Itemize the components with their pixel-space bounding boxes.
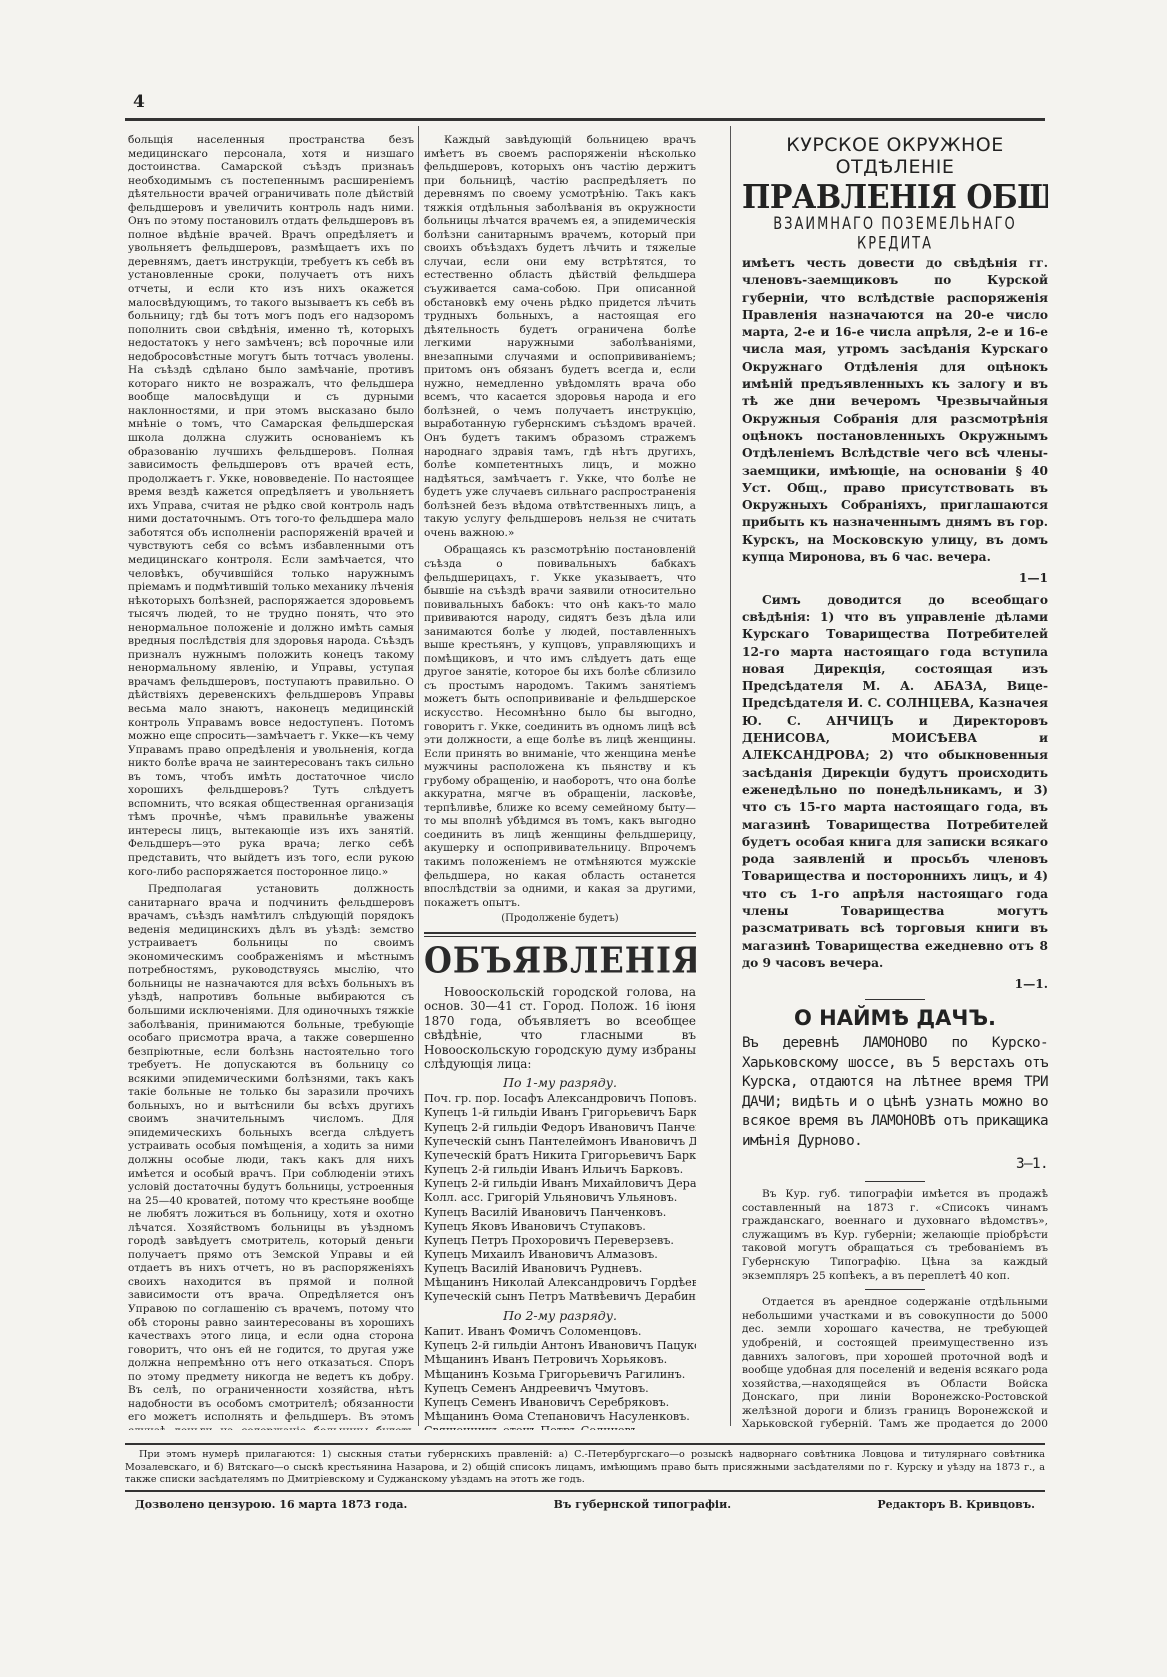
roster-entry: Капит. Иванъ Фомичъ Соломенцовъ. — [424, 1325, 696, 1339]
roster-entry: Мѣщанинъ Козьма Григорьевичъ Рагилинъ. — [424, 1368, 696, 1382]
rank-2-list: Капит. Иванъ Фомичъ Соломенцовъ.Купецъ 2… — [424, 1325, 696, 1430]
article-paragraph: Предполагая установить должность санитар… — [128, 883, 414, 1430]
article-column-2: Каждый завѣдующій больницею врачъ имѣетъ… — [424, 134, 696, 1430]
roster-entry: Купецъ 2-й гильдіи Федоръ Ивановичъ Панч… — [424, 1121, 696, 1135]
rank-2-heading: По 2-му разряду. — [424, 1309, 696, 1323]
advertisements-column: КУРСКОЕ ОКРУЖНОЕ ОТДѢЛЕНІЕ ПРАВЛЕНІЯ ОБЩ… — [742, 134, 1048, 1430]
page-footer: При этомъ нумерѣ прилагаются: 1) сыскныя… — [125, 1443, 1045, 1511]
roster-entry: Купецъ 1-й гильдіи Иванъ Григорьевичъ Ба… — [424, 1106, 696, 1120]
imprint-line: Дозволено цензурою. 16 марта 1873 года. … — [125, 1492, 1045, 1511]
novy-oskol-announcement: Новооскольскій городской голова, на осно… — [424, 985, 696, 1072]
consumers-notice-sign: 1—1. — [742, 976, 1048, 993]
censorship-approval: Дозволено цензурою. 16 марта 1873 года. — [135, 1498, 407, 1511]
announcements-heading: ОБЪЯВЛЕНІЯ. — [424, 938, 696, 981]
article-column-1: больщія населенныя пространства безъ мед… — [128, 134, 414, 1430]
roster-entry: Купецъ Василій Ивановичъ Панченковъ. — [424, 1206, 696, 1220]
rank-1-heading: По 1-му разряду. — [424, 1076, 696, 1090]
kursk-heading-line-2: ПРАВЛЕНІЯ ОБЩЕСТВА — [742, 178, 1048, 217]
section-rule — [865, 1181, 925, 1182]
article-paragraph: Обращаясь къ разсмотрѣнію постановленій … — [424, 544, 696, 910]
supplements-note: При этомъ нумерѣ прилагаются: 1) сыскныя… — [125, 1445, 1045, 1490]
roster-entry: Купецъ Василій Ивановичъ Рудневъ. — [424, 1262, 696, 1276]
roster-entry: Купецъ Семенъ Андреевичъ Чмутовъ. — [424, 1382, 696, 1396]
consumers-society-notice: Симъ доводится до всеобщаго свѣдѣнія: 1)… — [742, 592, 1048, 973]
land-lease-notice: Отдается въ арендное содержаніе отдѣльны… — [742, 1296, 1048, 1430]
section-rule — [865, 1289, 925, 1290]
roster-entry: Купецъ Семенъ Ивановичъ Серебряковъ. — [424, 1396, 696, 1410]
dacha-notice-sign: 3—1. — [742, 1155, 1048, 1175]
section-rule — [865, 999, 925, 1000]
kursk-heading-line-1: КУРСКОЕ ОКРУЖНОЕ ОТДѢЛЕНІЕ — [742, 134, 1048, 178]
kursk-heading-line-3: ВЗАИМНАГО ПОЗЕМЕЛЬНАГО КРЕДИТА — [742, 215, 1048, 254]
article-paragraph: Каждый завѣдующій больницею врачъ имѣетъ… — [424, 134, 696, 540]
roster-entry: Мѣщанинъ Николай Александровичъ Гордѣевъ… — [424, 1276, 696, 1290]
roster-entry: Купецъ Михаилъ Ивановичъ Алмазовъ. — [424, 1248, 696, 1262]
header-rule — [125, 118, 1045, 121]
roster-entry: Купеческій сынъ Петръ Матвѣевичъ Дерабин… — [424, 1290, 696, 1304]
kursk-credit-notice: имѣетъ честь довести до свѣдѣнія гг. чле… — [742, 255, 1048, 566]
editor: Редакторъ В. Кривцовъ. — [877, 1498, 1035, 1511]
printer: Въ губернской типографіи. — [554, 1498, 731, 1511]
roster-entry: Купеческій сынъ Пантелеймонъ Ивановичъ Д… — [424, 1135, 696, 1149]
roster-entry: Священникъ отецъ Петръ Солнцевъ. — [424, 1424, 696, 1430]
column-divider — [730, 126, 731, 1426]
column-divider — [418, 126, 419, 1426]
roster-entry: Купецъ 2-й гильдіи Иванъ Ильичъ Барковъ. — [424, 1163, 696, 1177]
page-number: 4 — [133, 92, 145, 112]
roster-entry: Купецъ 2-й гильдіи Антонъ Ивановичъ Пацу… — [424, 1339, 696, 1353]
roster-entry: Купецъ 2-й гильдіи Иванъ Михайловичъ Дер… — [424, 1177, 696, 1191]
section-rule — [424, 932, 696, 937]
roster-entry: Купецъ Яковъ Ивановичъ Ступаковъ. — [424, 1220, 696, 1234]
dacha-heading: О НАЙМѢ ДАЧЪ. — [742, 1006, 1048, 1030]
typography-notice: Въ Кур. губ. типографіи имѣется въ прода… — [742, 1188, 1048, 1283]
roster-entry: Купецъ Петръ Прохоровичъ Переверзевъ. — [424, 1234, 696, 1248]
article-paragraph: больщія населенныя пространства безъ мед… — [128, 134, 414, 879]
roster-entry: Мѣщанинъ Ѳома Степановичъ Насуленковъ. — [424, 1410, 696, 1424]
kursk-notice-sign: 1—1 — [742, 570, 1048, 587]
roster-entry: Колл. асс. Григорій Ульяновичъ Ульяновъ. — [424, 1191, 696, 1205]
roster-entry: Поч. гр. пор. Іосафъ Александровичъ Попо… — [424, 1092, 696, 1106]
dacha-notice: Въ деревнѣ ЛАМОНОВО по Курско-Харьковско… — [742, 1034, 1048, 1151]
continued-note: (Продолженіе будетъ) — [424, 912, 696, 926]
roster-entry: Купеческій братъ Никита Григорьевичъ Бар… — [424, 1149, 696, 1163]
rank-1-list: Поч. гр. пор. Іосафъ Александровичъ Попо… — [424, 1092, 696, 1304]
roster-entry: Мѣщанинъ Иванъ Петровичъ Хорьяковъ. — [424, 1353, 696, 1367]
